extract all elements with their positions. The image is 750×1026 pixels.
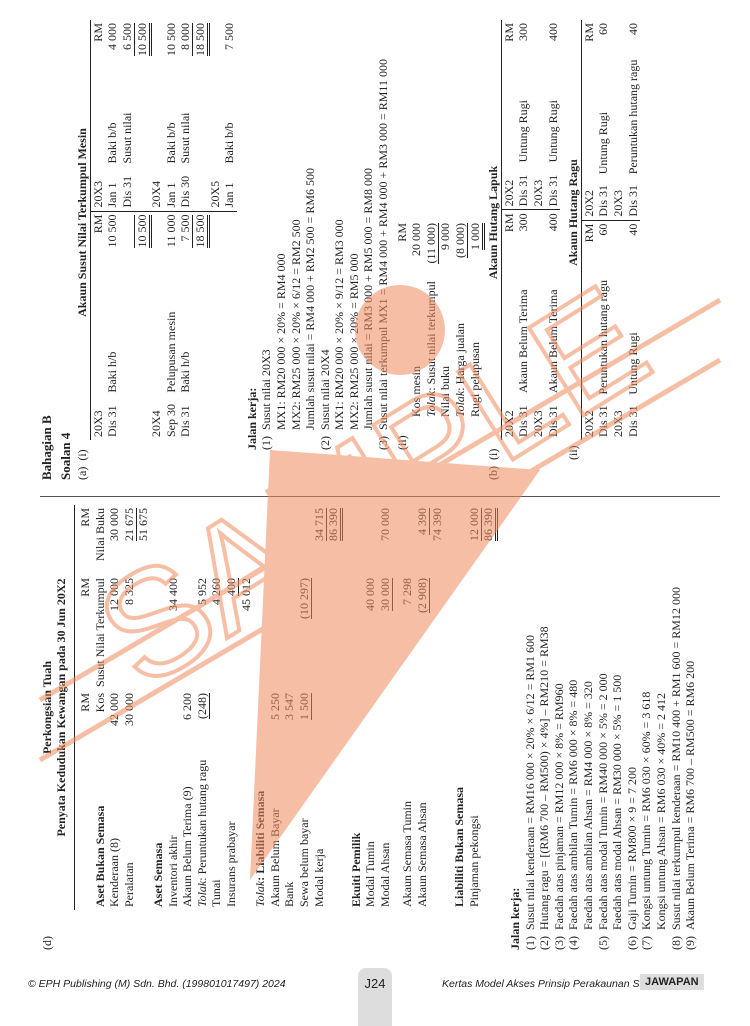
company-name: Perkongsian Tuah bbox=[40, 505, 55, 910]
list-item: (1)Susut nilai kenderaan = RM16 000 × 20… bbox=[523, 505, 538, 950]
list-item: (4)Faedah atas ambilan Tumin = RM6 000 ×… bbox=[566, 505, 581, 950]
table-row: Rugi pelupusan1 000 bbox=[468, 220, 483, 420]
table-row: Akaun Semasa Tumin7 298 bbox=[400, 505, 415, 910]
table-row: Bank3 547 bbox=[282, 505, 297, 910]
table-row: 20X3RM20X3RM bbox=[90, 20, 105, 440]
table-row: Dis 31Peruntukan hutang ragu60Dis 31Untu… bbox=[596, 20, 611, 440]
ledger-hutang-lapuk: 20X2RM20X2RMDis 31Akaun Belum Terima300D… bbox=[501, 20, 560, 440]
table-row: 18 50018 500 bbox=[193, 20, 208, 440]
table-row: 20X320X3 bbox=[531, 20, 546, 440]
list-item: MX1: RM20 000 × 20% × 9/12 = RM3 000 bbox=[332, 20, 347, 450]
table-row: Dis 31Akaun Belum Terima300Dis 31Untung … bbox=[516, 20, 531, 440]
table-row: Sep 30Pelupusan mesin11 000Jan 1Baki b/b… bbox=[164, 20, 179, 440]
list-item: (2)Susut nilai 20X4 bbox=[318, 20, 333, 450]
ledger-title: Akaun Hutang Lapuk bbox=[486, 20, 501, 425]
list-item: (3)Faedah atas pinjaman = RM12 000 × 8% … bbox=[552, 505, 567, 950]
table-row: Tolak: Harga jualan(8 000) bbox=[453, 220, 468, 420]
list-item: Faedah atas ambilan Ahsan = RM4 000 × 8%… bbox=[581, 505, 596, 950]
table-row: 10 50010 500 bbox=[135, 20, 150, 440]
table-row: Dis 31Akaun Belum Terima400Dis 31Untung … bbox=[546, 20, 561, 440]
list-item: MX1: RM20 000 × 20% = RM4 000 bbox=[274, 20, 289, 450]
table-row: Tolak: Susut nilai terkumpul(11 000) bbox=[424, 220, 439, 420]
table-row: Modal kerja34 715 bbox=[312, 505, 327, 910]
workings-title: Jalan kerja: bbox=[245, 20, 260, 450]
list-item: (7)Kongsi untung Tumin = RM6 030 × 60% =… bbox=[639, 505, 654, 950]
ledger-hutang-ragu: 20X2RM20X2RMDis 31Peruntukan hutang ragu… bbox=[581, 20, 640, 440]
part-label: (d) bbox=[40, 936, 55, 950]
statement-title: Penyata Kedudukan Kewangan pada 30 Jun 2… bbox=[54, 505, 69, 910]
column-divider bbox=[40, 496, 720, 497]
table-row: Tolak: Peruntukan hutang ragu(248)5 952 bbox=[195, 505, 210, 910]
ledger-title: Akaun Hutang Ragu bbox=[566, 20, 581, 405]
list-item: Faedah atas modal Ahsan = RM30 000 × 5% … bbox=[610, 505, 625, 950]
table-row: Kos mesin20 000 bbox=[409, 220, 424, 420]
part-b-label: (b) (i) bbox=[486, 425, 501, 480]
list-item: MX2: RM25 000 × 20% = RM5 000 bbox=[347, 20, 362, 450]
table-row: Nilai buku9 000 bbox=[438, 220, 453, 420]
table-row: Jan 1Baki b/b7 500 bbox=[222, 20, 237, 440]
table-row: Dis 31Untung Rugi40Dis 31Peruntukan huta… bbox=[626, 20, 641, 440]
table-row: Akaun Belum Terima (9)6 200 bbox=[180, 505, 195, 910]
list-item: Jumlah susut nilai = RM3 000 + RM5 000 =… bbox=[361, 20, 376, 450]
part-a-label: (a) (i) bbox=[75, 425, 90, 480]
list-item: (2)Hutang ragu = [(RM6 700 – RM500) × 4%… bbox=[537, 505, 552, 950]
list-item: Jumlah susut nilai = RM4 000 + RM2 500 =… bbox=[303, 20, 318, 450]
table-row: 20X2RM20X2RM bbox=[581, 20, 596, 440]
table-row: Akaun Semasa Ahsan(2 908)4 390 bbox=[415, 505, 430, 910]
answer-badge: JAWAPAN bbox=[640, 974, 704, 990]
list-item: (6)Gaji Tumin = RM800 × 9 = 7 200 bbox=[625, 505, 640, 950]
rotated-page-content: (d) Perkongsian Tuah Penyata Kedudukan K… bbox=[40, 20, 720, 950]
ledger-susut-nilai: 20X3RM20X3RMDis 31Baki h/b10 500Jan 1Bak… bbox=[90, 20, 237, 440]
table-row: Sewa belum bayar1 500(10 297) bbox=[297, 505, 312, 910]
page-footer: © EPH Publishing (M) Sdn. Bhd. (19980101… bbox=[0, 968, 750, 1026]
table-row: Modal Tumin40 000 bbox=[363, 505, 378, 910]
table-row: Inventori akhir34 400 bbox=[166, 505, 181, 910]
table-row: Dis 31Baki h/b7 500Dis 30Susut nilai8 00… bbox=[178, 20, 193, 440]
table-row: Dis 31Susut nilai6 500 bbox=[120, 20, 135, 440]
list-item: (5)Faedah atas modal Tumin = RM40 000 × … bbox=[596, 505, 611, 950]
table-row: Dis 31Baki h/b10 500Jan 1Baki b/b4 000 bbox=[105, 20, 120, 440]
part-b-ii-label: (ii) bbox=[566, 405, 581, 480]
table-row: 20X320X3 bbox=[611, 20, 626, 440]
table-row: Akaun Belum Bayar5 250 bbox=[268, 505, 283, 910]
table-row: Insurans prabayar400 bbox=[224, 505, 239, 910]
list-item: Kongsi untung Ahsan = RM6 030 × 40% = 2 … bbox=[654, 505, 669, 950]
part-a-ii-label: (ii) bbox=[395, 420, 483, 450]
table-row: Pinjaman pekongsi12 000 bbox=[467, 505, 482, 910]
workings-title: Jalan kerja: bbox=[508, 505, 523, 950]
list-item: (9)Akaun Belum Terima = RM6 700 – RM500 … bbox=[683, 505, 698, 950]
financial-position-table: RMRMRM Aset Bukan SemasaKosSusut Nilai T… bbox=[78, 505, 496, 910]
statement-column: (d) Perkongsian Tuah Penyata Kedudukan K… bbox=[40, 505, 720, 950]
disposal-table: RMKos mesin20 000Tolak: Susut nilai terk… bbox=[395, 220, 483, 420]
table-row: Kenderaan (8)42 00012 00030 000 bbox=[107, 505, 122, 910]
book-title: Kertas Model Akses Prinsip Perakaunan SP… bbox=[442, 978, 655, 990]
list-item: (1)Susut nilai 20X3 bbox=[259, 20, 274, 450]
table-row: Tunai4 260 bbox=[209, 505, 224, 910]
table-row: Modal Ahsan30 00070 000 bbox=[378, 505, 393, 910]
list-item: (8)Susut nilai terkumpul kenderaan = RM1… bbox=[669, 505, 684, 950]
table-row: Peralatan30 0008 32521 675 bbox=[122, 505, 137, 910]
list-item: MX2: RM25 000 × 20% × 6/12 = RM2 500 bbox=[289, 20, 304, 450]
list-item: (3)Susut nilai terkumpul MX1 = RM4 000 +… bbox=[376, 20, 391, 450]
table-row: 20X2RM20X2RM bbox=[501, 20, 516, 440]
page-number: J24 bbox=[358, 968, 392, 1026]
question-title: Soalan 4 bbox=[59, 20, 74, 480]
ledger-title: Akaun Susut Nilai Terkumpul Mesin bbox=[75, 20, 90, 425]
workings-list: (1)Susut nilai 20X3MX1: RM20 000 × 20% =… bbox=[259, 20, 390, 450]
workings-list: (1)Susut nilai kenderaan = RM16 000 × 20… bbox=[523, 505, 698, 950]
section-title: Bahagian B bbox=[40, 20, 55, 480]
answer-column: Bahagian B Soalan 4 (a) (i) Akaun Susut … bbox=[40, 20, 720, 480]
copyright: © EPH Publishing (M) Sdn. Bhd. (19980101… bbox=[28, 978, 286, 990]
